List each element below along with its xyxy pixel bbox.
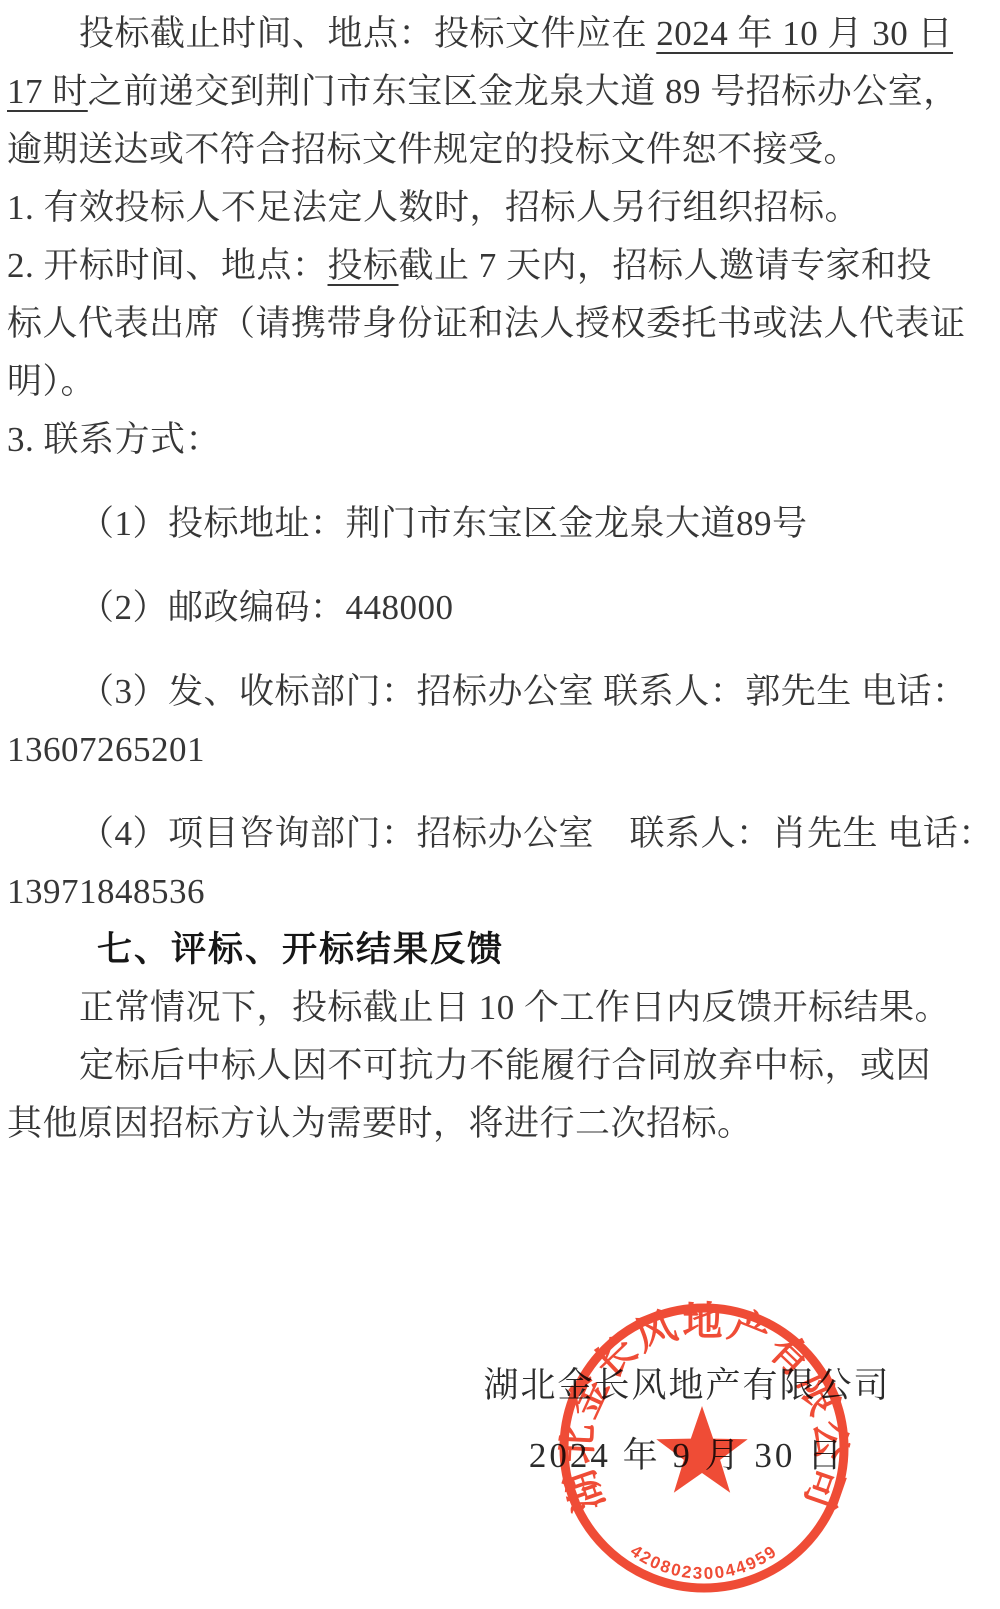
text-segment: 1. 有效投标人不足法定人数时，招标人另行组织招标。 [7,188,860,227]
text-line: （1）投标地址：荆门市东宝区金龙泉大道89号 [7,495,957,553]
text-segment: 逾期送达或不符合招标文件规定的投标文件恕不接受。 [7,130,859,169]
text-segment: 明）。 [7,362,96,401]
text-line: 1. 有效投标人不足法定人数时，招标人另行组织招标。 [7,179,957,237]
text-line: 2. 开标时间、地点：投标截止 7 天内，招标人邀请专家和投 [7,237,957,295]
underlined-text: 投标 [328,246,399,285]
text-segment: 13971848536 [7,872,205,911]
company-seal: 湖北金长风地产有限公司 42080230044959 [554,1296,854,1606]
text-segment: 之前递交到荆门市东宝区金龙泉大道 89 号招标办公室， [88,72,959,111]
text-segment: （1）投标地址：荆门市东宝区金龙泉大道89号 [79,504,808,543]
text-segment: 2. 开标时间、地点： [7,246,328,285]
text-line: （4）项目咨询部门：招标办公室 联系人：肖先生 电话： [7,805,957,863]
text-segment: 截止 7 天内，招标人邀请专家和投 [399,246,933,285]
document-body: 投标截止时间、地点：投标文件应在 2024 年 10 月 30 日17 时之前递… [7,5,957,1153]
text-segment: （2）邮政编码：448000 [79,588,454,627]
text-line: 13607265201 [7,721,957,779]
text-segment: （3）发、收标部门：招标办公室 联系人：郭先生 电话： [79,672,968,711]
text-line: （3）发、收标部门：招标办公室 联系人：郭先生 电话： [7,663,957,721]
seal-company-arc-text: 湖北金长风地产有限公司 [554,1299,854,1517]
text-line: 标人代表出席（请携带身份证和法人授权委托书或法人代表证 [7,295,957,353]
company-seal-graphic: 湖北金长风地产有限公司 42080230044959 [554,1296,854,1606]
text-line: （2）邮政编码：448000 [7,579,957,637]
text-segment: 七、评标、开标结果反馈 [97,930,504,969]
underlined-text: 2024 年 10 月 30 日 [656,14,953,53]
star-icon [656,1406,747,1493]
section-heading: 七、评标、开标结果反馈 [7,921,957,979]
text-segment: （4）项目咨询部门：招标办公室 联系人：肖先生 电话： [79,814,994,853]
text-line: 明）。 [7,353,957,411]
text-segment: 13607265201 [7,730,205,769]
text-line: 定标后中标人因不可抗力不能履行合同放弃中标，或因 [7,1037,957,1095]
text-line: 逾期送达或不符合招标文件规定的投标文件恕不接受。 [7,121,957,179]
underlined-text: 17 时 [7,72,88,111]
text-segment: 3. 联系方式： [7,420,221,459]
text-line: 投标截止时间、地点：投标文件应在 2024 年 10 月 30 日 [7,5,957,63]
text-line: 其他原因招标方认为需要时，将进行二次招标。 [7,1095,957,1153]
text-segment: 其他原因招标方认为需要时，将进行二次招标。 [7,1104,753,1143]
text-line: 正常情况下，投标截止日 10 个工作日内反馈开标结果。 [7,979,957,1037]
text-line: 3. 联系方式： [7,411,957,469]
text-segment: 正常情况下，投标截止日 10 个工作日内反馈开标结果。 [79,988,950,1027]
text-line: 17 时之前递交到荆门市东宝区金龙泉大道 89 号招标办公室， [7,63,957,121]
text-segment: 标人代表出席（请携带身份证和法人授权委托书或法人代表证 [7,304,966,343]
text-segment: 投标截止时间、地点：投标文件应在 [79,14,656,53]
text-segment: 定标后中标人因不可抗力不能履行合同放弃中标，或因 [79,1046,931,1085]
text-line: 13971848536 [7,863,957,921]
